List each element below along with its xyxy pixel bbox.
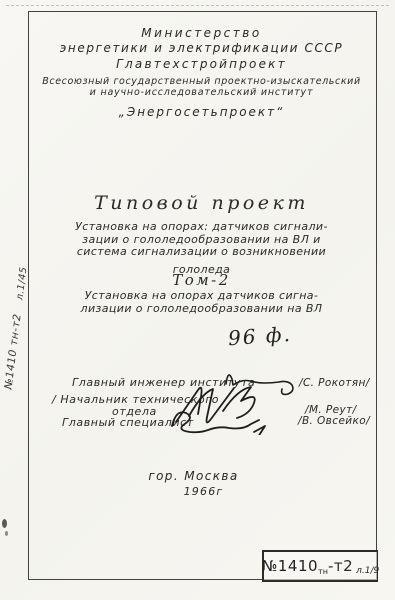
signatures-ink bbox=[160, 360, 310, 435]
rokotyan-signature bbox=[226, 375, 293, 394]
document-title: Типовой проект bbox=[28, 192, 375, 214]
stamp-number: №1410 bbox=[262, 557, 318, 575]
ministry-line-1: Министерство bbox=[28, 26, 375, 40]
scan-smudge bbox=[2, 519, 7, 528]
subject-line: Установка на опорах: датчиков сигнали- bbox=[28, 221, 375, 234]
scan-artifact-line bbox=[6, 5, 389, 6]
institute-name: „Энергосетьпроект“ bbox=[28, 105, 375, 119]
city-line: гор. Москва bbox=[20, 470, 367, 483]
stamp-sheet-number: л.1/9 bbox=[356, 566, 379, 580]
institute-line-1: Всесоюзный государственный проектно-изыс… bbox=[28, 76, 375, 87]
volume-subject: Установка на опорах датчиков сигна- лиза… bbox=[28, 290, 375, 315]
scanned-document-page: №1410 тн-т2 л.1/45 Министерство энергети… bbox=[0, 0, 395, 600]
volume-subject-line: лизации о гололедообразовании на ВЛ bbox=[28, 303, 375, 316]
subject-paragraph: Установка на опорах: датчиков сигнали- з… bbox=[28, 221, 375, 276]
header-block: Министерство энергетики и электрификации… bbox=[28, 26, 375, 119]
institute-line-2: и научно-исследовательский институт bbox=[28, 87, 375, 98]
ovseiko-signature bbox=[172, 412, 265, 435]
margin-note-number: №1410 тн-т2 bbox=[3, 313, 24, 390]
year-line: 1966г bbox=[30, 485, 377, 498]
reut-signature bbox=[176, 387, 255, 423]
stamp-number-subscript: тн bbox=[318, 567, 328, 580]
corner-stamp-box: №1410 тн -т2 л.1/9 bbox=[262, 550, 378, 582]
stamp-number-suffix: -т2 bbox=[328, 557, 353, 575]
department-name: Главтехстройпроект bbox=[28, 57, 375, 72]
scan-smudge bbox=[5, 531, 8, 536]
footer-block: гор. Москва 1966г bbox=[20, 470, 367, 498]
volume-subject-line: Установка на опорах датчиков сигна- bbox=[28, 290, 375, 303]
volume-label: Том-2 bbox=[28, 271, 375, 289]
subject-line: система сигнализации о возникновении bbox=[28, 246, 375, 259]
ministry-line-2: энергетики и электрификации СССР bbox=[28, 41, 375, 56]
handwritten-approval-mark: 96 ф. bbox=[227, 322, 292, 350]
